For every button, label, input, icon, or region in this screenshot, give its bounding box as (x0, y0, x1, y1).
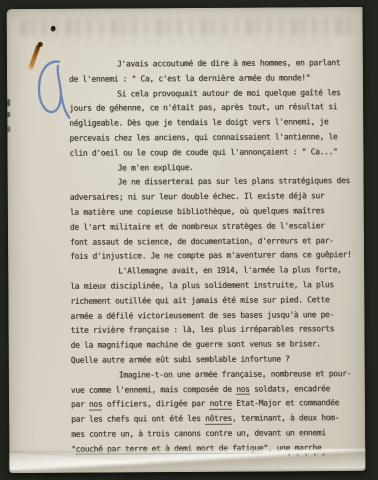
ghost-text-impression (21, 18, 353, 37)
text-segment: vue comme l'ennemi, mais composée de (71, 384, 236, 394)
text-segment: Si cela provoquait autour de moi quelque… (117, 88, 340, 98)
scan-background: J'avais accoutumé de dire à mes hommes, … (0, 0, 378, 480)
text-line: de l'art militaire et de nombreux stratè… (70, 219, 362, 236)
text-line: J'avais accoutumé de dire à mes hommes, … (69, 56, 361, 73)
text-segment: la matière une copieuse bibliothèque, où… (70, 206, 325, 217)
text-segment: officiers, dirigée par (102, 399, 209, 409)
text-line: par les chefs qui ont été les nôtres, te… (71, 411, 363, 428)
text-line: richement outillée qui ait jamais été mi… (70, 293, 362, 310)
fold-crease-bottom (9, 449, 365, 471)
edge-mark (7, 112, 10, 117)
text-segment: mes contre un, à trois canons contre un,… (71, 428, 326, 439)
text-segment: font assaut de science, de documentation… (70, 236, 334, 247)
text-segment: tite rivière française : là, les plus ir… (71, 324, 335, 335)
underlined-text: notre (209, 399, 231, 410)
text-segment: Quelle autre armée eût subi semblable in… (71, 354, 290, 364)
ghost-text-impression-secondary (37, 37, 337, 46)
text-segment: percevais chez les anciens, qui connaiss… (69, 132, 337, 143)
underlined-text: nôtres (205, 414, 232, 425)
edge-mark (7, 126, 10, 132)
text-segment: jours de géhenne, ce n'était pas, après … (69, 102, 337, 113)
text-segment: , terminant, à deux hom- (232, 413, 339, 423)
typewritten-text: J'avais accoutumé de dire à mes hommes, … (69, 56, 363, 457)
text-segment: soldats, encadrée (250, 384, 330, 393)
text-segment: L'Allemagne avait, en 1914, l'armée la p… (118, 265, 341, 275)
text-segment: Je m'en explique. (118, 163, 194, 172)
text-segment: Imagine-t-on une armée française, nombre… (119, 369, 351, 379)
text-segment: par les chefs qui ont été les (71, 414, 205, 424)
text-segment: par (71, 400, 89, 409)
paper-hole-speck (51, 26, 56, 32)
underlined-text: nos (236, 384, 249, 395)
text-segment: la mieux disciplinée, la plus solidement… (70, 280, 334, 291)
text-segment: de l'art militaire et de nombreux stratè… (70, 221, 325, 232)
document-page: J'avais accoutumé de dire à mes hommes, … (7, 7, 366, 473)
text-line: la mieux disciplinée, la plus solidement… (70, 278, 362, 295)
text-segment: armée a défilé victorieusement de ses ba… (70, 310, 334, 321)
text-segment: fois d'injustice. Je ne compte pas m'ave… (70, 250, 351, 261)
text-segment: Etat-Major et commandée (232, 398, 339, 408)
text-segment: de la magnifique machine de guerre sont … (71, 339, 321, 350)
text-segment: J'avais accoutumé de dire à mes hommes, … (117, 58, 340, 68)
edge-mark (7, 99, 10, 106)
text-segment: Je ne disserterai pas sur les plans stra… (118, 176, 350, 186)
text-segment: adversaires; ni sur leur double échec. I… (70, 191, 325, 202)
text-line: de la magnifique machine de guerre sont … (71, 337, 363, 354)
text-line: Imagine-t-on une armée française, nombre… (71, 367, 363, 384)
text-segment: négligeable. Dès que je tendais le doigt… (69, 117, 328, 128)
text-segment: de l'ennemi : " Ca, c'est la dernière ar… (69, 73, 310, 83)
text-line: clin d'oeil ou le coup de coude qui l'an… (69, 145, 361, 162)
text-segment: clin d'oeil ou le coup de coude qui l'an… (69, 147, 337, 158)
text-line: mes contre un, à trois canons contre un,… (71, 426, 363, 443)
text-line: percevais chez les anciens, qui connaiss… (69, 130, 361, 147)
rust-stain-tip (38, 42, 43, 47)
text-segment: richement outillée qui ait jamais été mi… (70, 295, 329, 306)
underlined-text: nos (89, 400, 102, 411)
text-line: la matière une copieuse bibliothèque, où… (70, 204, 362, 221)
